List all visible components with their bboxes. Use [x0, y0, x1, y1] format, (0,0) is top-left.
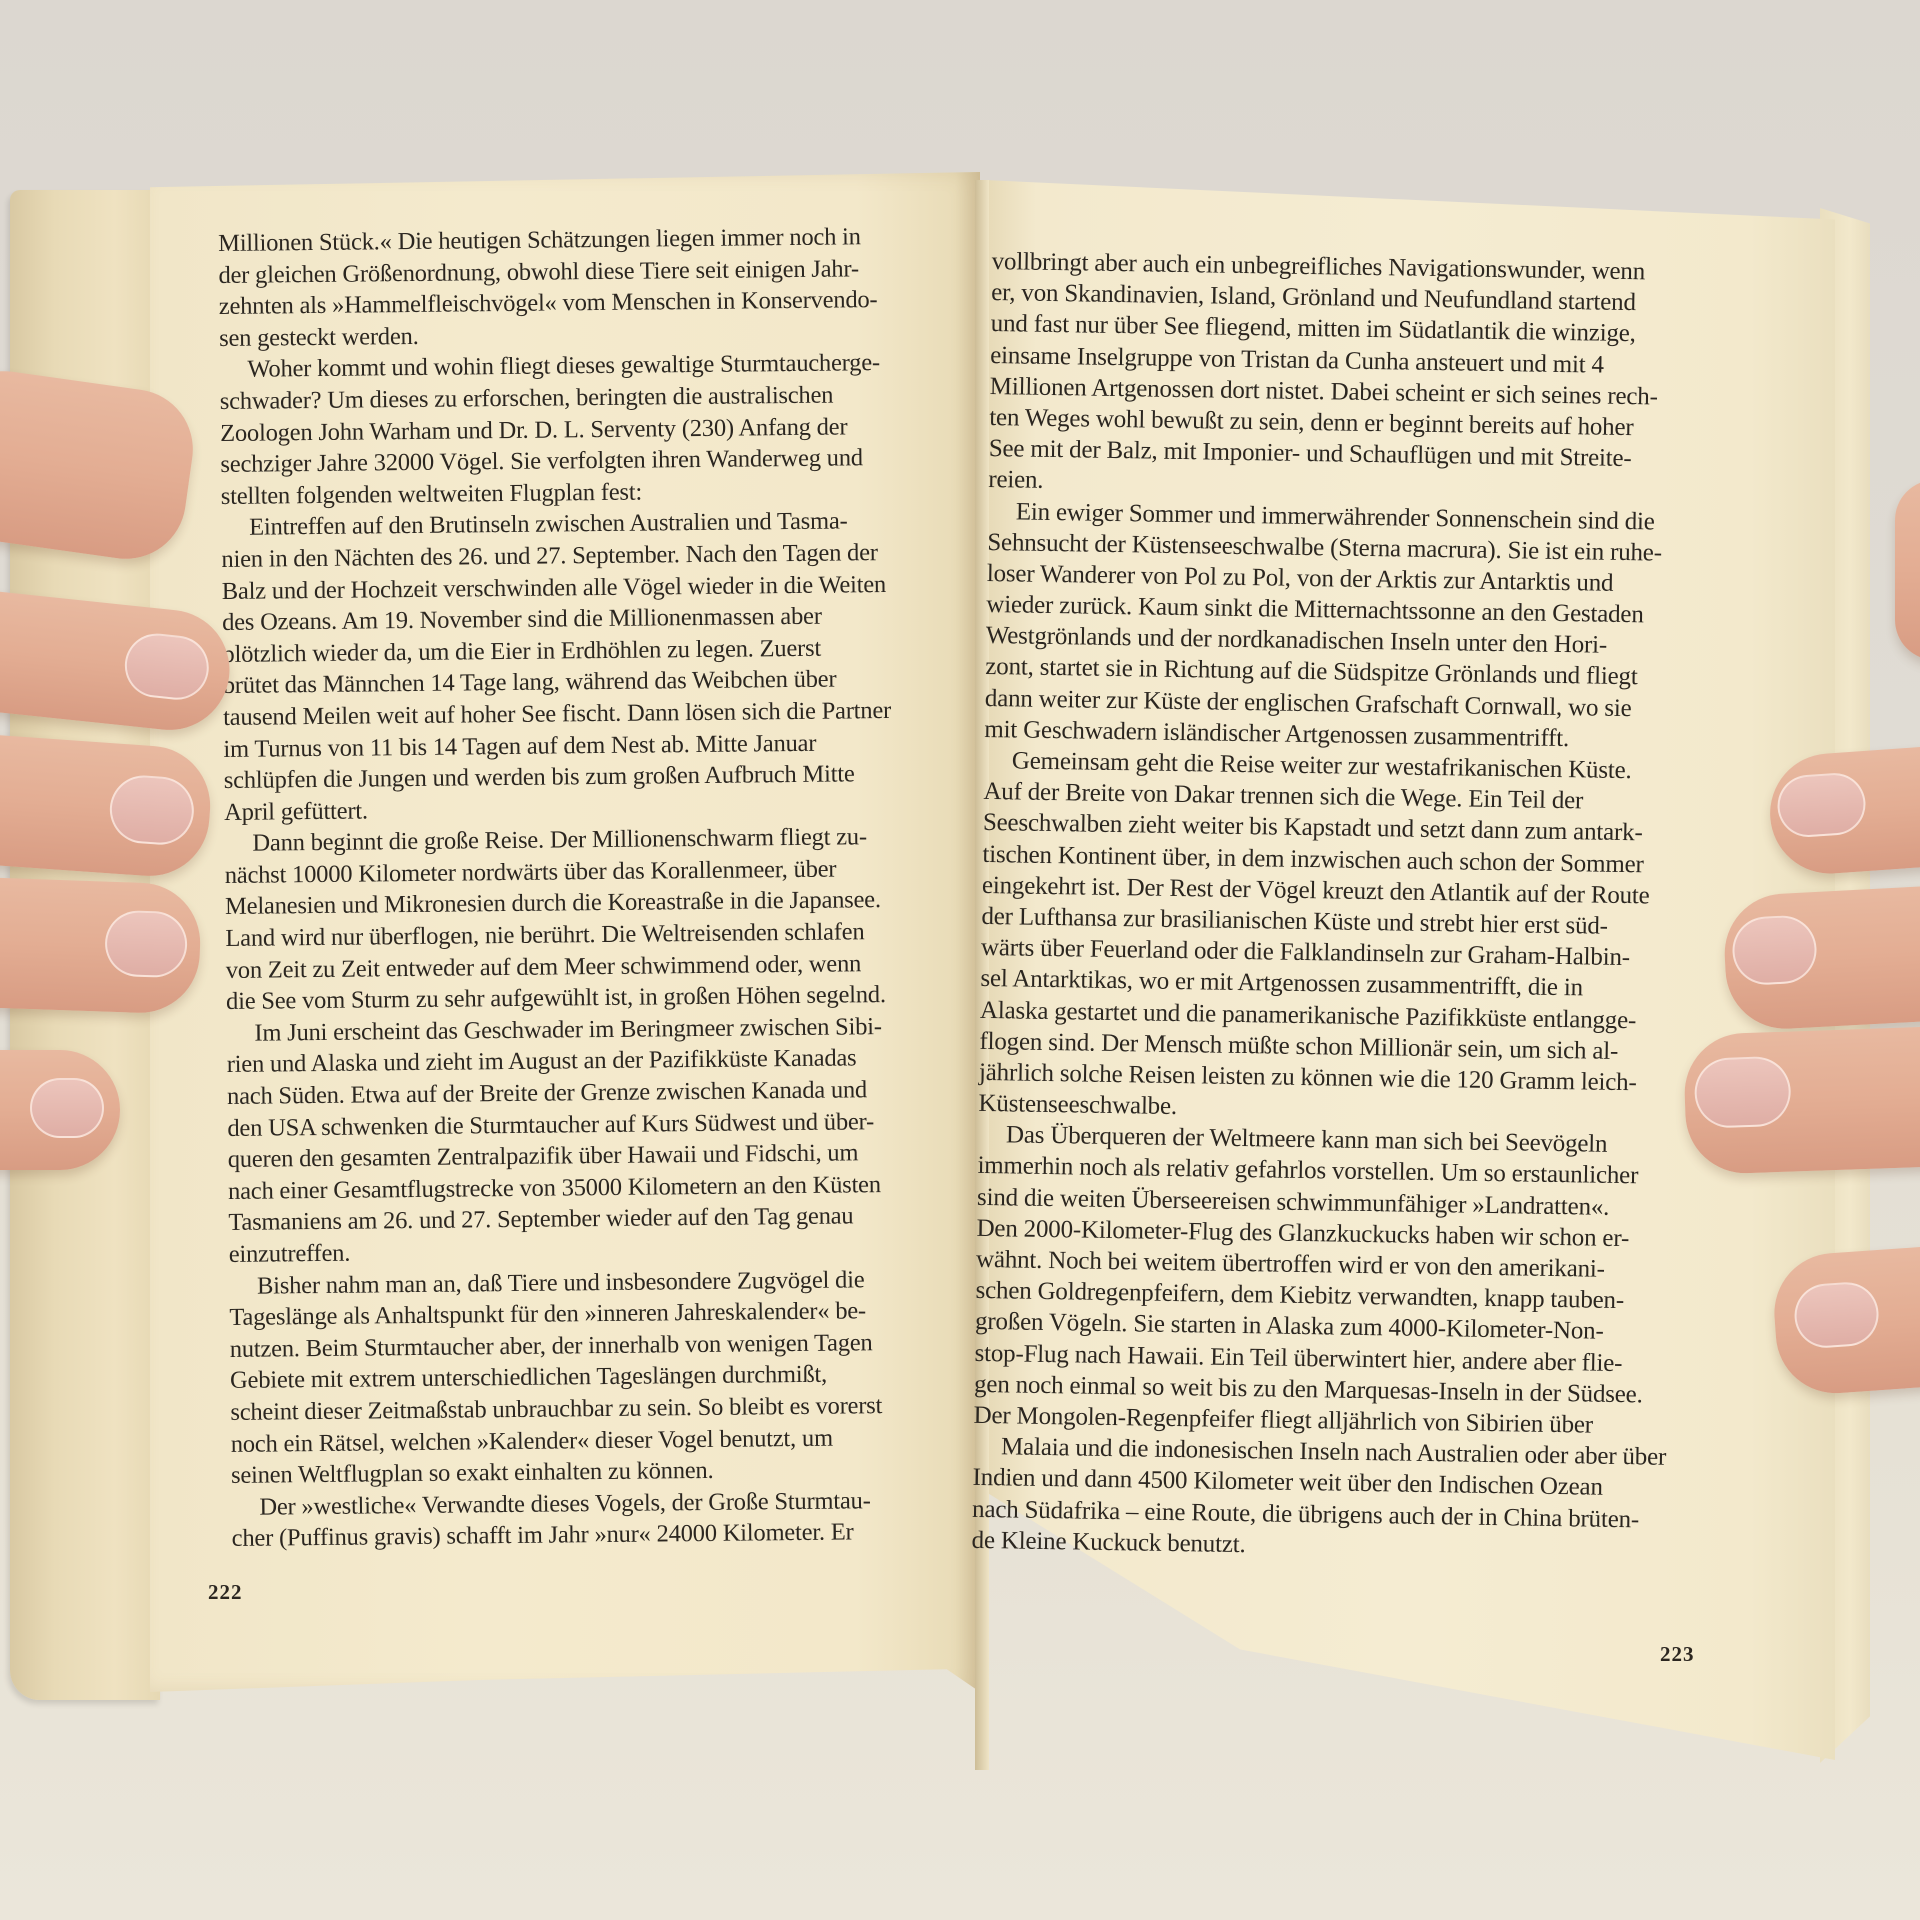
left-hand-finger	[0, 875, 202, 1015]
fingernail	[1775, 771, 1867, 839]
fingernail	[122, 630, 212, 702]
left-hand-finger	[0, 1050, 120, 1170]
open-book: Millionen Stück.« Die heutigen Schätzung…	[0, 0, 1920, 1920]
fingernail	[1792, 1280, 1880, 1350]
fingernail	[1731, 914, 1818, 986]
fingernail	[1693, 1056, 1791, 1129]
right-hand-finger	[1722, 883, 1920, 1031]
fingernail	[30, 1078, 104, 1138]
right-hand-finger	[1895, 480, 1920, 660]
fingernail	[108, 773, 197, 847]
right-page-text: vollbringt aber auch ein unbegreifliches…	[971, 246, 1729, 1567]
page-number-right: 223	[1660, 1642, 1695, 1667]
right-hand-finger	[1683, 1025, 1920, 1175]
page-number-left: 222	[208, 1580, 243, 1605]
fingernail	[104, 910, 188, 979]
left-page-text: Millionen Stück.« Die heutigen Schätzung…	[218, 220, 972, 1555]
photo-scene: Millionen Stück.« Die heutigen Schätzung…	[0, 0, 1920, 1920]
